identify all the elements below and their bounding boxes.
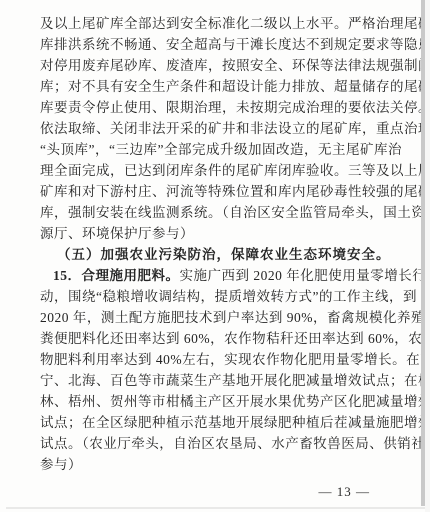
text-line: “头顶库”，“三边库”全部完成升级加固改造，无主尾矿库治 [40, 139, 402, 160]
text-line: 库，强制安装在线监测系统。（自治区安全监管局牵头，国土资 [40, 202, 402, 223]
text-line: 理全面完成，已达到闭库条件的尾矿库闭库验收。三等及以上尾 [40, 160, 402, 181]
text-line: 动，围绕“稳粮增收调结构，提质增效转方式”的工作主线，到 [40, 286, 402, 307]
section-heading: （五）加强农业污染防治，保障农业生态环境安全。 [40, 244, 402, 265]
text-line: 试点。（农业厅牵头，自治区农垦局、水产畜牧兽医局、供销社 [40, 433, 402, 454]
text-line: 对停用废弃尾砂库、废渣库，按照安全、环保等法律法规强制闭 [40, 55, 402, 76]
page-number: — 13 — [319, 484, 371, 500]
text-line: 库排洪系统不畅通、安全超高与干滩长度达不到规定要求等隐患； [40, 34, 402, 55]
document-body: 及以上尾矿库全部达到安全标准化二级以上水平。严格治理尾矿 库排洪系统不畅通、安全… [40, 13, 402, 475]
text-line: 参与） [40, 454, 402, 475]
item-title: 15．合理施用肥料。 [53, 268, 180, 283]
text-line: 宁、北海、百色等市蔬菜生产基地开展化肥减量增效试点；在桂 [40, 370, 402, 391]
text-line: 源厅、环境保护厅参与） [40, 223, 402, 244]
text-line: 依法取缔、关闭非法开采的矿井和非法设立的尾矿库，重点治理 [40, 118, 402, 139]
text-line: 林、梧州、贺州等市柑橘主产区开展水果优势产区化肥减量增效 [40, 391, 402, 412]
text-line: 15．合理施用肥料。实施广西到 2020 年化肥使用量零增长行 [40, 265, 402, 286]
text-line: 及以上尾矿库全部达到安全标准化二级以上水平。严格治理尾矿 [40, 13, 402, 34]
text-line: 2020 年，测土配方施肥技术到户率达到 90%，畜禽规模化养殖场 [40, 307, 402, 328]
document-page: 及以上尾矿库全部达到安全标准化二级以上水平。严格治理尾矿 库排洪系统不畅通、安全… [0, 0, 430, 512]
text-line: 矿库和对下游村庄、河流等特殊位置和库内尾砂毒性较强的尾矿 [40, 181, 402, 202]
text-line: 物肥料利用率达到 40%左右，实现农作物化肥用量零增长。在南 [40, 349, 402, 370]
text-line: 试点；在全区绿肥种植示范基地开展绿肥种植后茬减量施肥增效 [40, 412, 402, 433]
text-line: 粪便肥料化还田率达到 60%，农作物秸秆还田率达到 60%，农作 [40, 328, 402, 349]
item-body-start: 实施广西到 2020 年化肥使用量零增长行 [180, 268, 427, 283]
text-line: 库要责令停止使用、限期治理，未按期完成治理的要依法关停。 [40, 97, 402, 118]
page-bottom-edge [6, 507, 425, 509]
page-right-gutter [425, 0, 430, 512]
page-edge-divider [421, 0, 425, 506]
text-line: 库；对不具有安全生产条件和超设计能力排放、超量储存的尾矿 [40, 76, 402, 97]
